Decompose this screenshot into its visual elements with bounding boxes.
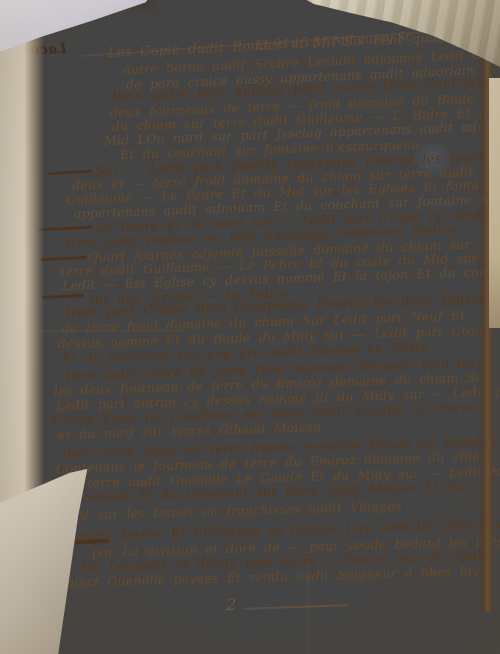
closing-flourish: 2	[226, 595, 236, 614]
adjacent-parchment-right	[489, 78, 500, 328]
manuscript-photo: Lacourt Et 94 15 87 Mil aussy Sc y ve ib…	[0, 0, 500, 654]
